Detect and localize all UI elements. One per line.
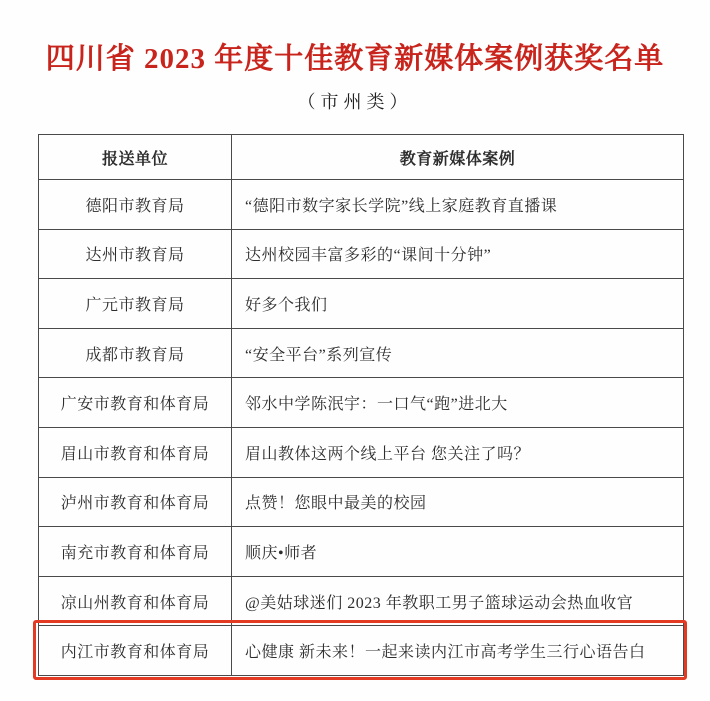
table-row: 广安市教育和体育局 邻水中学陈泯宇：一口气“跑”进北大	[39, 378, 684, 428]
unit-cell: 广元市教育局	[39, 279, 232, 329]
table-header-row: 报送单位 教育新媒体案例	[39, 135, 684, 180]
table-row: 泸州市教育和体育局 点赞！您眼中最美的校园	[39, 477, 684, 527]
table-row: 成都市教育局 “安全平台”系列宣传	[39, 328, 684, 378]
case-cell: @美姑球迷们 2023 年教职工男子篮球运动会热血收官	[232, 576, 684, 626]
case-cell: “安全平台”系列宣传	[232, 328, 684, 378]
case-cell: 达州校园丰富多彩的“课间十分钟”	[232, 229, 684, 279]
page-subtitle: （市州类）	[0, 88, 710, 114]
header-unit: 报送单位	[39, 135, 232, 180]
table-row: 德阳市教育局 “德阳市数字家长学院”线上家庭教育直播课	[39, 180, 684, 230]
case-cell: 眉山教体这两个线上平台 您关注了吗？	[232, 427, 684, 477]
case-cell: 顺庆•师者	[232, 527, 684, 577]
table-row: 达州市教育局 达州校园丰富多彩的“课间十分钟”	[39, 229, 684, 279]
case-cell: 邻水中学陈泯宇：一口气“跑”进北大	[232, 378, 684, 428]
case-cell: 心健康 新未来！一起来读内江市高考学生三行心语告白	[232, 626, 684, 676]
unit-cell: 达州市教育局	[39, 229, 232, 279]
table-row: 凉山州教育和体育局 @美姑球迷们 2023 年教职工男子篮球运动会热血收官	[39, 576, 684, 626]
unit-cell: 泸州市教育和体育局	[39, 477, 232, 527]
unit-cell: 南充市教育和体育局	[39, 527, 232, 577]
unit-cell: 广安市教育和体育局	[39, 378, 232, 428]
table-row: 内江市教育和体育局 心健康 新未来！一起来读内江市高考学生三行心语告白	[39, 626, 684, 676]
unit-cell: 德阳市教育局	[39, 180, 232, 230]
award-table: 报送单位 教育新媒体案例 德阳市教育局 “德阳市数字家长学院”线上家庭教育直播课…	[38, 134, 684, 676]
case-cell: 好多个我们	[232, 279, 684, 329]
unit-cell: 眉山市教育和体育局	[39, 427, 232, 477]
table-row: 眉山市教育和体育局 眉山教体这两个线上平台 您关注了吗？	[39, 427, 684, 477]
unit-cell: 成都市教育局	[39, 328, 232, 378]
header-case: 教育新媒体案例	[232, 135, 684, 180]
unit-cell: 内江市教育和体育局	[39, 626, 232, 676]
table-row: 南充市教育和体育局 顺庆•师者	[39, 527, 684, 577]
document-page: 四川省 2023 年度十佳教育新媒体案例获奖名单 （市州类） 报送单位 教育新媒…	[0, 0, 710, 701]
unit-cell: 凉山州教育和体育局	[39, 576, 232, 626]
case-cell: “德阳市数字家长学院”线上家庭教育直播课	[232, 180, 684, 230]
table-body: 德阳市教育局 “德阳市数字家长学院”线上家庭教育直播课 达州市教育局 达州校园丰…	[39, 180, 684, 676]
case-cell: 点赞！您眼中最美的校园	[232, 477, 684, 527]
page-title: 四川省 2023 年度十佳教育新媒体案例获奖名单	[0, 36, 710, 77]
table-row: 广元市教育局 好多个我们	[39, 279, 684, 329]
